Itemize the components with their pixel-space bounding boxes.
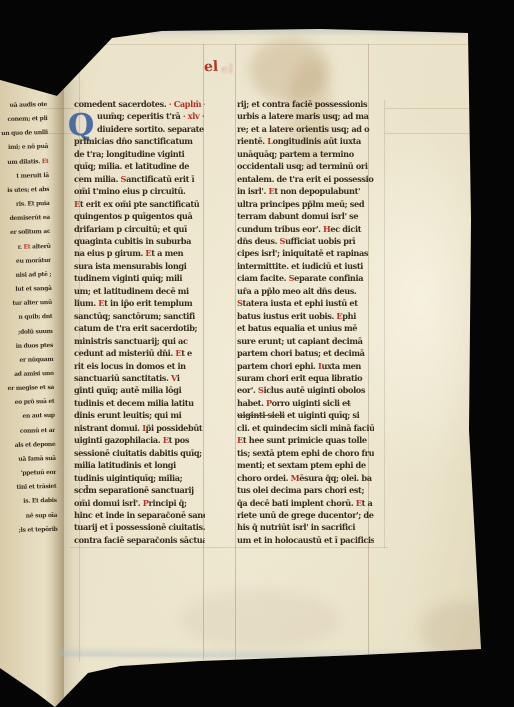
text-line: nē sup oīa: [10, 508, 57, 523]
text-line: ciam facite. Separate confinia: [237, 272, 374, 284]
text-line: lut et sangā: [5, 282, 52, 297]
text-column-right: rij; et contra faciē possessionisurbis a…: [237, 98, 374, 548]
text-line: cli. et quindecim sicli minā faciūt.: [237, 422, 374, 434]
ruling-line-horizontal: [385, 108, 469, 109]
ruling-line-vertical: [235, 44, 236, 660]
text-line: is. Et dabis: [10, 494, 57, 509]
text-line: uiginti gazophilacia. Et pos: [74, 434, 205, 446]
text-line: dinis erunt leuitis; qui mi: [74, 409, 205, 421]
text-line: q̄a decē bati implent chorū. Et a: [237, 497, 374, 509]
text-line: in duos ptes: [6, 339, 53, 354]
page-edge-tint: [150, 29, 466, 36]
text-line: milia latitudinis et longi: [74, 459, 205, 471]
text-line: is utes; et abs: [2, 183, 49, 198]
text-line: quaginta cubitis in suburba: [74, 235, 205, 247]
text-line: sura ista mensurabis longi: [74, 260, 205, 272]
text-line: unāquāq; partem a termino: [237, 148, 374, 160]
text-line: imi; e nō puā: [1, 140, 48, 155]
text-line: uiginti sicli et uiginti quīq; si: [237, 409, 374, 421]
text-line: tur alter unū: [5, 296, 52, 311]
text-line: sure erunt; ut capiant decimā: [237, 335, 374, 347]
text-line: ; nisi ad ptē: [4, 268, 51, 283]
text-line: Et hee sunt primicie quas tolle: [237, 434, 374, 446]
text-line: um; et latitudinem decē mi: [74, 285, 205, 297]
text-line: ls et tepōrib;: [10, 523, 57, 538]
text-line: riete unū de grege ducentor'; de: [237, 509, 374, 521]
text-line: lium. Et in ip̄o erit templum: [74, 297, 205, 309]
text-line: quīq; milia. et latitudine de: [74, 160, 205, 172]
text-line: tinī et trāsiet: [9, 480, 56, 495]
text-line: de t'ra; longitudine viginti: [74, 148, 205, 160]
page-edge-tint: [58, 646, 478, 660]
text-line: suram chori erit equa libratio: [237, 372, 374, 384]
parchment-page: uā audis oteconem; et pliun quo de unlli…: [0, 0, 514, 707]
text-line: ad amisi uno: [7, 367, 54, 382]
text-line: uā famā suā: [9, 452, 56, 467]
text-line: menti; et sextam ptem ephi de: [237, 459, 374, 471]
text-line: ppetuū eor': [9, 466, 56, 481]
text-line: cem milia. Sanctificatū erit ī: [74, 173, 205, 185]
facing-page-text-column: uā audis oteconem; et pliun quo de unlli…: [0, 98, 58, 551]
text-line: eo prō suā et: [7, 395, 54, 410]
text-line: nistrant domui. Ip̄i possidebūt: [74, 422, 205, 434]
text-line: habet. Porro uiginti sicli et: [237, 397, 374, 409]
text-line: ris. Et puia: [2, 197, 49, 212]
text-line: batus iustus erit uobis. Ephi: [237, 310, 374, 322]
text-line: als et depone: [8, 438, 55, 453]
text-line: in isrl'. Et non depopulabunt': [237, 185, 374, 197]
text-line: contra faciē separac̄onis sāctua: [74, 534, 205, 546]
text-line: connū et ar: [8, 423, 55, 438]
text-line: t meruit lā: [2, 169, 49, 184]
text-line: drifariam p circuitū; et quī: [74, 223, 205, 235]
text-line: tudinem viginti quīq; mili: [74, 272, 205, 284]
text-line: his q̄ nutriūt isrl' in sacrifici: [237, 521, 374, 533]
manuscript-photo: uā audis oteconem; et pliun quo de unlli…: [0, 0, 514, 707]
text-line: sanctuariū sanctitatis. Vi: [74, 372, 205, 384]
text-line: Statera iusta et ephi iustū et: [237, 297, 374, 309]
text-line: er megise et sa: [7, 381, 54, 396]
quire-mark: el: [204, 59, 219, 75]
text-line: tudinis uigintiquīq; milia;: [74, 472, 205, 484]
ruling-line-vertical: [384, 100, 385, 548]
text-line: scd̄m separationē sanctuarij: [74, 484, 205, 496]
text-line: diuidere sortito. separate: [97, 123, 205, 135]
text-line: um dilatis. Et: [1, 155, 48, 170]
text-line: er solitum ac: [3, 225, 50, 240]
text-line: sessionē ciuitatis dabitis quīq;: [74, 447, 205, 459]
text-line: intermittite. et iudiciū et iusti: [237, 260, 374, 272]
text-line: ministris sanctuarij; qui ac: [74, 335, 205, 347]
text-line: entalem. de t'ra erit ei possessio: [237, 173, 374, 185]
text-line: ginti quīq; autē milia lōgi: [74, 384, 205, 396]
text-line: et batus equalia et unius mē: [237, 322, 374, 334]
text-line: partem chori ephi. Iuxta men: [237, 360, 374, 372]
text-line: sanctūq; sanctōrum; sanctifi: [74, 310, 205, 322]
text-line: comedent sacerdotes. · Caplm̄ ·: [74, 98, 205, 110]
text-line: hinc et inde in separac̄onē sanc: [74, 509, 205, 521]
text-line: rientē. Longitudinis aūt iuxta: [237, 135, 374, 147]
text-line: cipes isrl'; iniquitatē et rapinas: [237, 247, 374, 259]
text-line: dn̄s deus. Sufficiat uobis prī: [237, 235, 374, 247]
text-line: rij; et contra faciē possessionis: [237, 98, 374, 110]
text-line: conem; et pli: [0, 112, 47, 127]
text-line: eu morātur: [4, 254, 51, 269]
text-line: n quib; dnt: [5, 310, 52, 325]
ruling-line-horizontal: [385, 133, 469, 134]
text-line: er nūquam: [6, 353, 53, 368]
text-line: Et erit ex om̄i pte sanctificatū: [74, 198, 205, 210]
text-line: occidentali usq; ad terminū ori: [237, 160, 374, 172]
text-line: om̄i t'mino eius p circuitū.: [74, 185, 205, 197]
text-line: ur̄a a pp̄lo meo ait dn̄s deus.: [237, 285, 374, 297]
text-line: tus olei decima pars chori est;: [237, 484, 374, 496]
text-line: tuarij et ī possessionē ciuitatis.: [74, 521, 205, 533]
text-line: na eius p girum. Et a men: [74, 247, 205, 259]
text-line: om̄i domui isrl'. Principi q̄;: [74, 497, 205, 509]
text-column-left: comedent sacerdotes. · Caplm̄ ·uum̄q; ce…: [74, 98, 205, 548]
text-line: cundum tribus eor'. Hec dicit: [237, 223, 374, 235]
text-line: quingentos p quīgentos quā: [74, 210, 205, 222]
text-line: um et in holocaustū et ī pacificis,: [237, 534, 374, 546]
text-line: ultra principes pp̄lm meū; sed: [237, 198, 374, 210]
text-line: uā audis ote: [0, 98, 47, 113]
text-line: re; et a latere orientis usq; ad o: [237, 123, 374, 135]
text-line: dolū suum;: [6, 324, 53, 339]
text-line: tis; sextā ptem ephi de choro fru: [237, 447, 374, 459]
text-line: en aut sup: [8, 409, 55, 424]
text-line: rit eis locus in domos et in: [74, 360, 205, 372]
quire-mark-offset-ghost: el: [221, 62, 233, 76]
text-line: tudinis et decem milia latitu: [74, 397, 205, 409]
text-line: eor'. Siclus autē uiginti obolos: [237, 384, 374, 396]
text-line: demiserūt ea: [3, 211, 50, 226]
text-line: urbis a latere maris usq; ad ma: [237, 110, 374, 122]
text-line: r. Et alterū: [3, 240, 50, 255]
text-line: cedunt ad misteriū dn̄i. Et e: [74, 347, 205, 359]
parchment-stain: [180, 590, 340, 650]
text-line: partem chori batus; et decimā: [237, 347, 374, 359]
text-line: primicias dn̄o sanctificatum: [74, 135, 205, 147]
text-line: terram dabunt domui isrl' se: [237, 210, 374, 222]
text-line: uum̄q; ceperitis t'rā · xlv ·: [97, 110, 205, 122]
text-line: catum de t'ra erit sacerdotib;: [74, 322, 205, 334]
text-line: choro ordei. Mēsura q̄q; olei. ba: [237, 472, 374, 484]
